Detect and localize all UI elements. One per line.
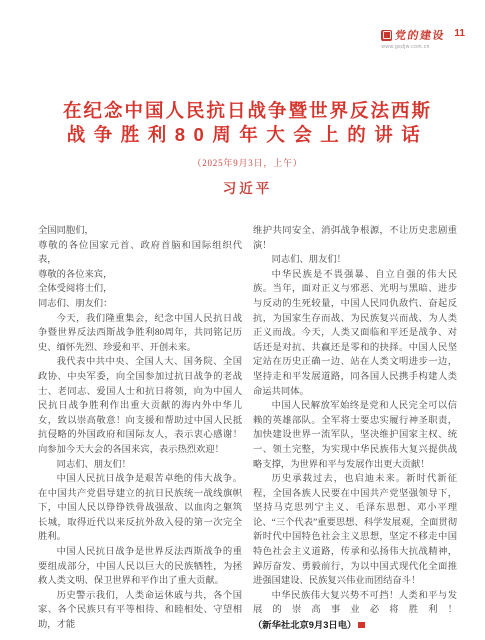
paragraph: 今天，我们隆重集会，纪念中国人民抗日战争暨世界反法西斯战争胜利80周年，共同铭记…	[38, 312, 242, 356]
magazine-logo: 党的建设 www.gsdjw.com.cn	[381, 27, 445, 50]
text-column-left: 全国同胞们，尊敬的各位国家元首、政府首脑和国际组织代表，尊敬的各位来宾，全体受阅…	[38, 224, 242, 634]
article-end-mark-icon	[358, 622, 365, 629]
paragraph: 中国人民抗日战争是艰苦卓绝的伟大战争。在中国共产党倡导建立的抗日民族统一战线旗帜…	[38, 472, 242, 545]
magazine-page: 党的建设 www.gsdjw.com.cn 11 在纪念中国人民抗日战争暨世界反…	[0, 0, 485, 640]
magazine-brand: 党的建设	[394, 27, 446, 43]
paragraph: 我代表中共中央、全国人大、国务院、全国政协、中央军委，向全国参加过抗日战争的老战…	[38, 355, 242, 457]
news-agency-credit: （新华社北京9月3日电）	[253, 620, 356, 630]
magazine-site-url: www.gsdjw.com.cn	[381, 44, 445, 50]
page-number: 11	[454, 28, 465, 39]
paragraph: 同志们、朋友们！	[38, 458, 242, 473]
text-column-right: 维护共同安全、消弭战争根源，不让历史悲剧重演！同志们、朋友们！中华民族是不畏强暴…	[253, 224, 457, 634]
article-body: 全国同胞们，尊敬的各位国家元首、政府首脑和国际组织代表，尊敬的各位来宾，全体受阅…	[38, 224, 457, 634]
paragraph: 全体受阅将士们，	[38, 282, 242, 297]
article-title-line2: 战争胜利80周年大会上的讲话	[38, 122, 457, 147]
article-author: 习近平	[38, 177, 457, 197]
paragraph: 中国人民解放军始终是党和人民完全可以信赖的英雄部队。全军将士要忠实履行神圣职责，…	[253, 399, 457, 472]
paragraph: 尊敬的各位国家元首、政府首脑和国际组织代表，	[38, 239, 242, 268]
paragraph: 同志们、朋友们：	[38, 297, 242, 312]
paragraph: 同志们、朋友们！	[253, 253, 457, 268]
paragraph: 历史承载过去，也启迪未来。新时代新征程，全国各族人民要在中国共产党坚强领导下，坚…	[253, 472, 457, 589]
paragraph: 尊敬的各位来宾，	[38, 268, 242, 283]
magazine-seal-icon	[381, 30, 392, 41]
page-header: 党的建设 www.gsdjw.com.cn 11	[381, 27, 465, 50]
paragraph: 维护共同安全、消弭战争根源，不让历史悲剧重演！	[253, 224, 457, 253]
article-title-line1: 在纪念中国人民抗日战争暨世界反法西斯	[38, 100, 457, 122]
paragraph: 全国同胞们，	[38, 224, 242, 239]
paragraph: 中国人民抗日战争是世界反法西斯战争的重要组成部分，中国人民以巨大的民族牺牲，为拯…	[38, 545, 242, 589]
article: 在纪念中国人民抗日战争暨世界反法西斯 战争胜利80周年大会上的讲话 （2025年…	[0, 0, 485, 634]
paragraph: 历史警示我们，人类命运休戚与共，各个国家、各个民族只有平等相待、和睦相处、守望相…	[38, 589, 242, 633]
article-dateline: （2025年9月3日，上午）	[38, 156, 457, 169]
article-title: 在纪念中国人民抗日战争暨世界反法西斯 战争胜利80周年大会上的讲话	[38, 100, 457, 147]
paragraph: 中华民族是不畏强暴、自立自强的伟大民族。当年，面对正义与邪恶、光明与黑暗、进步与…	[253, 268, 457, 399]
paragraph: 中华民族伟大复兴势不可挡！人类和平与发展的崇高事业必将胜利！（新华社北京9月3日…	[253, 589, 457, 634]
